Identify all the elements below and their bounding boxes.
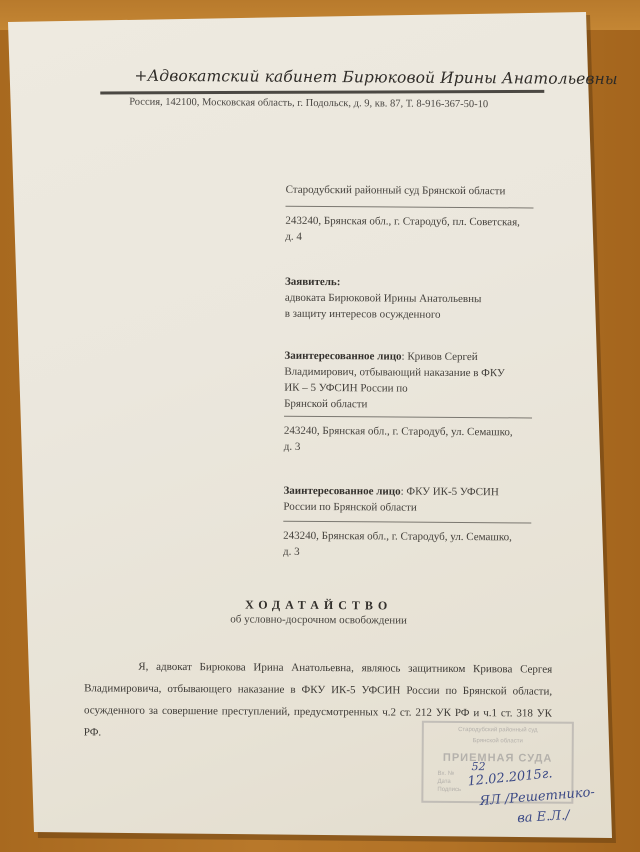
interested-party-1: Заинтересованное лицо: Кривов Сергей Вла… [284, 348, 542, 414]
recipient-address: 243240, Брянская обл., г. Стародуб, пл. … [285, 213, 543, 247]
party-1-address: 243240, Брянская обл., г. Стародуб, ул. … [284, 423, 542, 457]
applicant-block: Заявитель: адвоката Бирюковой Ирины Анат… [285, 274, 543, 324]
address-line: д. 3 [284, 439, 542, 457]
interested-party-2: Заинтересованное лицо: ФКУ ИК-5 УФСИН Ро… [283, 483, 541, 517]
stamp-title: ПРИЕМНАЯ СУДА [424, 752, 572, 765]
party-name: : Кривов Сергей [402, 351, 478, 364]
handwritten-number: 52 [472, 760, 486, 773]
party-detail: Владимирович, отбывающий наказание в ФКУ [284, 364, 542, 382]
letterhead-rule [100, 90, 544, 95]
applicant-label: Заявитель: [285, 276, 341, 288]
party-name: : ФКУ ИК-5 УФСИН [401, 486, 499, 499]
divider [283, 521, 531, 524]
party-label: Заинтересованное лицо [283, 485, 400, 498]
address-line: 243240, Брянская обл., г. Стародуб, ул. … [283, 528, 541, 546]
applicant-name: адвоката Бирюковой Ирины Анатольевны [285, 290, 543, 308]
document-content: +Адвокатский кабинет Бирюковой Ирины Ана… [0, 0, 640, 852]
stamp-region: Брянской области [424, 738, 572, 746]
address-line: 243240, Брянская обл., г. Стародуб, пл. … [285, 213, 543, 231]
party-label: Заинтересованное лицо [284, 350, 401, 363]
applicant-role: в защиту интересов осужденного [285, 306, 543, 324]
address-line: д. 4 [285, 229, 543, 247]
stamp-court: Стародубский районный суд [424, 727, 572, 735]
address-line: 243240, Брянская обл., г. Стародуб, ул. … [284, 423, 542, 441]
recipient-court: Стародубский районный суд Брянской облас… [286, 182, 544, 200]
letterhead-address: Россия, 142100, Московская область, г. П… [129, 97, 488, 111]
divider [285, 206, 533, 209]
handwritten-name: ва Е.Л./ [517, 808, 570, 826]
party-detail: Брянской области [284, 396, 542, 414]
address-line: д. 3 [283, 544, 541, 562]
court-name: Стародубский районный суд Брянской облас… [286, 184, 506, 198]
party-2-address: 243240, Брянская обл., г. Стародуб, ул. … [283, 528, 541, 562]
letterhead-title: +Адвокатский кабинет Бирюковой Ирины Ана… [134, 67, 617, 88]
divider [284, 416, 532, 419]
party-detail: России по Брянской области [283, 499, 541, 517]
party-detail: ИК – 5 УФСИН России по [284, 380, 542, 398]
